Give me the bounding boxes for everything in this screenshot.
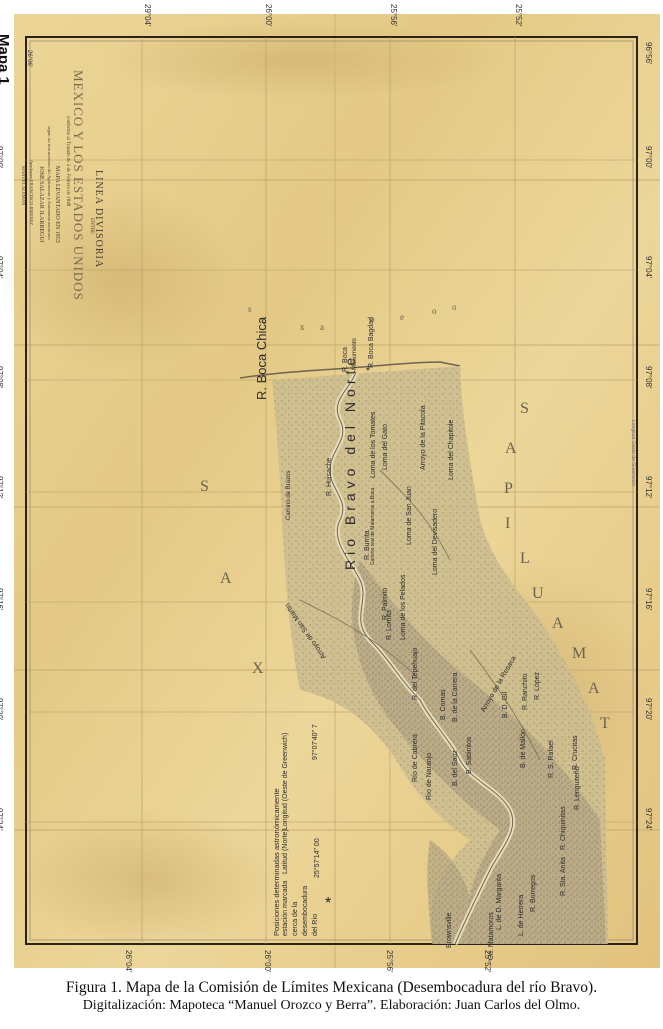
title-line: MANUEL ALEMAN <box>21 166 26 205</box>
title-line: LINEA DIVISORIA <box>93 170 104 268</box>
svg-text:o: o <box>432 306 437 316</box>
place-label: L. de D. Margarita <box>496 874 503 930</box>
place-label: Camino de Brazos <box>286 471 292 520</box>
top-tick: 26°00' <box>264 4 273 27</box>
place-label: R. Borregos <box>530 875 537 912</box>
title-line: segun las instrucciones del Agrimensor y… <box>47 126 52 240</box>
left-tick: 97°16' <box>0 588 4 611</box>
left-tick: 97°24' <box>0 808 4 831</box>
positions-heading: Posiciones determinadas astronómicamente <box>272 788 281 936</box>
place-label: Loma del Chapitole <box>448 420 455 480</box>
svg-text:x: x <box>300 322 305 332</box>
place-label: B. de la Carrera <box>452 673 459 722</box>
title-line: conforme al Tratado de 2 de Febrero de 1… <box>65 116 70 206</box>
bottom-tick: 26°00' <box>263 950 272 973</box>
place-label: B. de Mallón <box>520 729 527 768</box>
place-label: B. D. Gil <box>502 692 509 718</box>
svg-text:e: e <box>400 312 404 322</box>
state-letter: A <box>220 570 232 588</box>
historical-map: soxaoeoo * * Mapa 1 29°04' 26°00' 25°56'… <box>0 0 663 968</box>
place-label: R. Boca Chica <box>254 317 269 400</box>
place-label: Río de Naranjo <box>426 753 433 800</box>
left-tick: 26°06' <box>26 50 32 67</box>
place-label: B. Sabinitos <box>466 737 473 774</box>
bottom-tick: 26°04' <box>124 950 133 973</box>
place-label: R. Boca Bagdad <box>368 317 375 368</box>
positions-row-label: desembocadura <box>302 886 309 936</box>
svg-text:o: o <box>452 302 457 312</box>
place-label: R. Huisache <box>326 458 333 496</box>
state-letter: A <box>552 615 564 633</box>
right-tick: 96°56' <box>644 42 653 65</box>
place-label: Cd. Matamoros <box>488 912 495 960</box>
right-tick: 97°20' <box>644 698 653 721</box>
state-letter: S <box>520 400 529 418</box>
place-label: R. Burrita <box>364 530 371 560</box>
place-label: L. de Herrera <box>518 895 525 936</box>
place-label: B. del Sauz <box>452 750 459 786</box>
state-letter: A <box>505 440 517 458</box>
right-tick: 97°00' <box>644 146 653 169</box>
svg-text:a: a <box>320 322 324 332</box>
place-label: Loma de San Juan <box>406 486 413 545</box>
title-line: MAPA LEVANTADO EN 1853 <box>54 166 60 243</box>
left-tick: 97°20' <box>0 698 4 721</box>
state-letter: X <box>252 660 264 678</box>
bottom-tick: 25°56' <box>385 950 394 973</box>
right-margin-text: Longitud Oeste de Greenwich <box>630 420 636 486</box>
place-label: R. Crucitas <box>572 735 579 770</box>
top-tick: 29°04' <box>143 4 152 27</box>
place-label: R. Chiquinitas <box>560 806 567 850</box>
place-label: R. Lomita <box>386 610 393 640</box>
place-label: R. López <box>534 672 541 700</box>
state-letter: T <box>600 715 610 733</box>
positions-station-col: estación marcada <box>282 881 289 936</box>
right-tick: 97°16' <box>644 588 653 611</box>
place-label: B. Comas <box>440 689 447 720</box>
caption-title: Figura 1. Mapa de la Comisión de Límites… <box>0 978 663 997</box>
left-tick: 97°08' <box>0 366 4 389</box>
positions-lat-value: 25°57'14" 00 <box>314 838 321 878</box>
caption-credits: Digitalización: Mapoteca “Manuel Orozco … <box>0 997 663 1015</box>
top-tick: 25°56' <box>389 4 398 27</box>
positions-row-label: del Río <box>312 914 319 936</box>
state-letter: I <box>505 515 510 533</box>
state-letter: P <box>504 480 513 498</box>
state-letter: M <box>572 645 586 663</box>
title-line: ENTRE <box>89 218 94 234</box>
place-label: Loma de los Tomates <box>370 412 377 478</box>
place-label: Loma del Devisadero <box>432 509 439 575</box>
place-label: Loma del Gato <box>382 424 389 470</box>
right-tick: 97°24' <box>644 808 653 831</box>
place-label: R. Lenguiteño <box>574 766 581 810</box>
right-tick: 97°04' <box>644 256 653 279</box>
positions-lon-value: 97°07'40" 7 <box>312 724 319 760</box>
top-tick: 25°52' <box>514 4 523 27</box>
left-tick: 97°12' <box>0 476 4 499</box>
title-line: MEXICO Y LOS ESTADOS UNIDOS <box>70 70 86 301</box>
place-label: Río de Cabrera <box>412 734 419 782</box>
place-label: Arroyo de la Pitacola <box>420 405 427 470</box>
figure-caption: Figura 1. Mapa de la Comisión de Límites… <box>0 978 663 1015</box>
svg-text:s: s <box>248 304 252 314</box>
place-label: Loma de los Pelados <box>400 575 407 640</box>
left-tick: 97°00' <box>0 146 4 169</box>
place-label: R. Sta. Anita <box>560 857 567 896</box>
positions-lat-col: Latitud (Norte) <box>282 829 289 874</box>
state-letter: L <box>520 550 530 568</box>
place-label: Rio Bravo del Norte <box>342 353 358 570</box>
right-tick: 97°12' <box>644 476 653 499</box>
title-line: Ayudantes FRANCISCO JIMENEZ <box>29 160 34 225</box>
sheet-label: Mapa 1 <box>0 34 12 85</box>
state-letter: A <box>588 680 600 698</box>
positions-row-label: cerca de la <box>292 902 299 936</box>
map-title-block: LINEA DIVISORIA ENTRE MEXICO Y LOS ESTAD… <box>74 70 184 310</box>
right-tick: 97°08' <box>644 366 653 389</box>
state-letter: S <box>200 478 209 496</box>
left-tick: 97°04' <box>0 256 4 279</box>
positions-lon-col: Longitud (Oeste de Greenwich) <box>282 733 289 830</box>
state-letter: U <box>532 585 544 603</box>
mouth-marker: * <box>325 895 331 912</box>
place-label: R. S. Rafael <box>548 740 555 778</box>
place-label: R. Ranchito <box>522 673 529 710</box>
title-line: JOSE SALAZAR ILARREGUI <box>38 166 44 243</box>
place-label: R. del Tepehuajo <box>412 648 419 700</box>
place-label: Brownsville <box>446 913 453 948</box>
